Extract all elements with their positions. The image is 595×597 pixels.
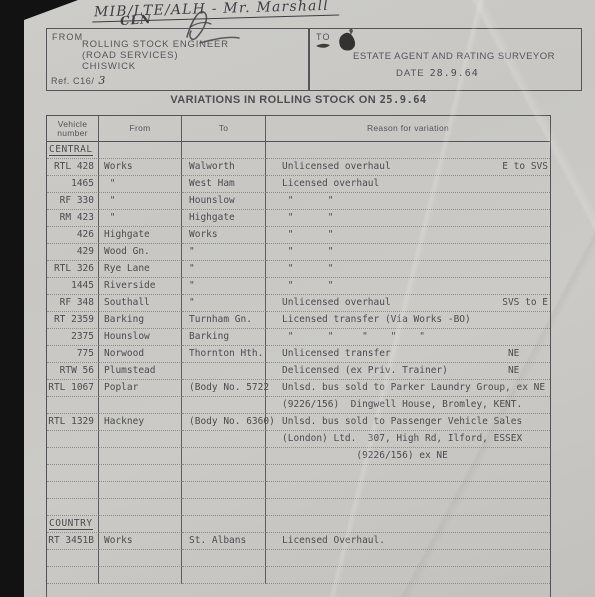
table-row: (9226/156) ex NE	[47, 448, 550, 465]
table-row: 2375 Hounslow Barking " " " " "	[47, 329, 550, 346]
reason-cell	[266, 499, 550, 516]
from-cell: Norwood	[99, 346, 182, 363]
from-cell	[99, 397, 182, 414]
reason-cell: Licensed overhaul	[266, 176, 550, 193]
sender-line-3: CHISWICK	[82, 61, 229, 72]
vehicle-number-cell: RT 2359	[47, 312, 99, 329]
reason-text: " "	[282, 193, 333, 209]
table-row: COUNTRY	[47, 516, 550, 533]
table-row: 775 Norwood Thornton Hth. Unlicensed tra…	[47, 346, 550, 363]
col-header-vehicle-number: Vehicle number	[47, 116, 99, 141]
table-row: RTL 428 Works Walworth Unlicensed overha…	[47, 159, 550, 176]
to-cell	[182, 431, 266, 448]
reason-text: Licensed overhaul	[282, 176, 379, 192]
to-cell: "	[182, 244, 266, 261]
reason-text: " "	[282, 227, 333, 243]
reason-cell: " "	[266, 210, 550, 227]
reason-text: (9226/156) ex NE	[282, 448, 448, 464]
to-cell	[182, 397, 266, 414]
table-row: (9226/156) Dingwell House, Bromley, KENT…	[47, 397, 550, 414]
reason-cell: Unlicensed overhaul SVS to E	[266, 295, 550, 312]
from-cell	[99, 431, 182, 448]
paper-sheet: MIB/LTE/ALH - Mr. Marshall CLN FROM ROLL…	[24, 0, 595, 597]
handwritten-office-mark: CLN	[120, 12, 153, 28]
reason-text: " "	[282, 210, 333, 226]
allocation-note	[548, 329, 550, 345]
to-cell	[182, 465, 266, 482]
from-cell: Rye Lane	[99, 261, 182, 278]
vehicle-number-cell	[47, 482, 99, 499]
table-header-row: Vehicle number From To Reason for variat…	[47, 116, 550, 142]
from-cell: Works	[99, 159, 182, 176]
from-cell: Barking	[99, 312, 182, 329]
reason-cell: (London) Ltd. 307, High Rd, Ilford, ESSE…	[266, 431, 550, 448]
vehicle-number-cell: CENTRAL	[47, 142, 99, 159]
to-cell: "	[182, 261, 266, 278]
to-cell: St. Albans	[182, 533, 266, 550]
to-cell	[182, 516, 266, 533]
to-cell	[182, 448, 266, 465]
reason-cell: (9226/156) ex NE	[266, 448, 550, 465]
from-cell: Hounslow	[99, 329, 182, 346]
reason-text: Unlsd. bus sold to Passenger Vehicle Sal…	[282, 414, 522, 430]
to-cell: Highgate	[182, 210, 266, 227]
reason-cell: (9226/156) Dingwell House, Bromley, KENT…	[266, 397, 550, 414]
reason-cell	[266, 482, 550, 499]
reason-cell: Licensed transfer (Via Works -BO)	[266, 312, 550, 329]
reason-text: Unlsd. bus sold to Parker Laundry Group,…	[282, 380, 545, 396]
allocation-note	[548, 567, 550, 583]
reason-cell: " " " " "	[266, 329, 550, 346]
col-header-to: To	[182, 116, 266, 141]
to-cell: Walworth	[182, 159, 266, 176]
reason-cell: " "	[266, 193, 550, 210]
reason-cell: Unlicensed transfer NE	[266, 346, 550, 363]
sender-address: ROLLING STOCK ENGINEER (ROAD SERVICES) C…	[82, 39, 229, 72]
reason-text: " "	[282, 261, 333, 277]
vehicle-number-cell: 1445	[47, 278, 99, 295]
to-cell	[182, 567, 266, 584]
header-box-divider	[308, 29, 310, 90]
page-title: VARIATIONS IN ROLLING STOCK ON 25.9.64	[46, 94, 551, 106]
to-cell	[182, 550, 266, 567]
reason-cell	[266, 465, 550, 482]
from-cell: "	[99, 176, 182, 193]
from-cell	[99, 516, 182, 533]
reason-text: (London) Ltd. 307, High Rd, Ilford, ESSE…	[282, 431, 522, 447]
date-line: DATE28.9.64	[396, 68, 479, 79]
vehicle-number-cell: RF 330	[47, 193, 99, 210]
to-cell	[182, 142, 266, 159]
reason-cell: " "	[266, 227, 550, 244]
sender-line-2: (ROAD SERVICES)	[82, 50, 229, 61]
vehicle-number-cell	[47, 448, 99, 465]
reason-cell: Delicensed (ex Priv. Trainer) NE	[266, 363, 550, 380]
vehicle-number-cell: 775	[47, 346, 99, 363]
title-label: VARIATIONS IN ROLLING STOCK ON	[170, 94, 376, 106]
allocation-note	[548, 448, 550, 464]
allocation-note	[548, 227, 550, 243]
from-cell	[99, 550, 182, 567]
to-cell: (Body No. 6360)	[182, 414, 266, 431]
sender-line-1: ROLLING STOCK ENGINEER	[82, 39, 229, 50]
table-row: (London) Ltd. 307, High Rd, Ilford, ESSE…	[47, 431, 550, 448]
section-label: CENTRAL	[49, 144, 93, 156]
vehicle-number-cell: 426	[47, 227, 99, 244]
from-cell: Wood Gn.	[99, 244, 182, 261]
to-cell: "	[182, 278, 266, 295]
vehicle-number-cell: COUNTRY	[47, 516, 99, 533]
table-row: RT 2359 Barking Turnham Gn. Licensed tra…	[47, 312, 550, 329]
col-header-from: From	[99, 116, 182, 141]
table-row: RM 423 " Highgate " "	[47, 210, 550, 227]
table-row	[47, 550, 550, 567]
allocation-note	[548, 261, 550, 277]
vehicle-number-cell: 1465	[47, 176, 99, 193]
allocation-note	[548, 516, 550, 532]
vehicle-number-cell: RT 3451B	[47, 533, 99, 550]
from-cell: "	[99, 193, 182, 210]
to-cell: Thornton Hth.	[182, 346, 266, 363]
vehicle-number-cell: RTL 428	[47, 159, 99, 176]
allocation-note	[548, 210, 550, 226]
allocation-note	[548, 142, 550, 158]
to-label: TO	[316, 32, 331, 42]
table-row	[47, 482, 550, 499]
reason-text: (9226/156) Dingwell House, Bromley, KENT…	[282, 397, 522, 413]
table-row: RT 3451B Works St. Albans Licensed Overh…	[47, 533, 550, 550]
to-cell: (Body No. 5722	[182, 380, 266, 397]
table-row: RF 330 " Hounslow " "	[47, 193, 550, 210]
allocation-note	[548, 550, 550, 566]
allocation-note	[548, 176, 550, 192]
reason-cell: Unlicensed overhaul E to SVS	[266, 159, 550, 176]
table-row: RTL 326 Rye Lane " " "	[47, 261, 550, 278]
to-cell: Works	[182, 227, 266, 244]
allocation-note	[548, 312, 550, 328]
table-row: RTL 1067 Poplar (Body No. 5722 Unlsd. bu…	[47, 380, 550, 397]
date-label: DATE	[396, 68, 425, 79]
table-row	[47, 567, 550, 584]
from-cell	[99, 482, 182, 499]
vehicle-number-cell: RTL 1329	[47, 414, 99, 431]
table-row	[47, 465, 550, 482]
from-cell	[99, 499, 182, 516]
from-cell: Poplar	[99, 380, 182, 397]
from-cell	[99, 448, 182, 465]
vehicle-number-cell	[47, 550, 99, 567]
variations-table: Vehicle number From To Reason for variat…	[46, 115, 551, 597]
to-cell: Hounslow	[182, 193, 266, 210]
allocation-note	[548, 193, 550, 209]
from-cell	[99, 142, 182, 159]
to-cell: Barking	[182, 329, 266, 346]
allocation-note	[548, 397, 550, 413]
ref-label: Ref. C16/	[51, 76, 94, 86]
allocation-note	[548, 431, 550, 447]
vehicle-number-cell	[47, 431, 99, 448]
reason-cell	[266, 567, 550, 584]
vehicle-number-cell	[47, 567, 99, 584]
from-cell: Plumstead	[99, 363, 182, 380]
allocation-note	[548, 499, 550, 515]
reason-cell: Unlsd. bus sold to Passenger Vehicle Sal…	[266, 414, 550, 431]
allocation-note	[548, 244, 550, 260]
reason-text: Delicensed (ex Priv. Trainer)	[282, 363, 448, 379]
table-row	[47, 499, 550, 516]
table-row: 426 Highgate Works " "	[47, 227, 550, 244]
vehicle-number-cell: RTL 326	[47, 261, 99, 278]
vehicle-number-cell	[47, 499, 99, 516]
reason-cell	[266, 142, 550, 159]
allocation-note: NE	[508, 363, 550, 379]
from-cell: Highgate	[99, 227, 182, 244]
table-row: RTL 1329 Hackney (Body No. 6360) Unlsd. …	[47, 414, 550, 431]
allocation-note: E to SVS	[502, 159, 550, 175]
vehicle-number-cell	[47, 465, 99, 482]
vehicle-number-cell: RTW 56	[47, 363, 99, 380]
from-cell	[99, 465, 182, 482]
title-date: 25.9.64	[380, 94, 427, 106]
allocation-note	[548, 465, 550, 481]
to-cell	[182, 363, 266, 380]
reason-cell: " "	[266, 244, 550, 261]
reason-text: Unlicensed overhaul	[282, 159, 391, 175]
vehicle-number-cell	[47, 397, 99, 414]
from-cell: "	[99, 210, 182, 227]
allocation-note	[548, 278, 550, 294]
allocation-note	[548, 533, 550, 549]
table-row: 429 Wood Gn. " " "	[47, 244, 550, 261]
reason-text: Licensed transfer (Via Works -BO)	[282, 312, 471, 328]
from-cell	[99, 567, 182, 584]
recipient-name: ESTATE AGENT AND RATING SURVEYOR	[353, 51, 555, 62]
reason-text: Unlicensed overhaul	[282, 295, 391, 311]
vehicle-number-cell: RTL 1067	[47, 380, 99, 397]
table-row: 1465 " West Ham Licensed overhaul	[47, 176, 550, 193]
allocation-note	[548, 482, 550, 498]
to-cell: Turnham Gn.	[182, 312, 266, 329]
reason-cell: " "	[266, 278, 550, 295]
allocation-note: SVS to E	[502, 295, 550, 311]
ref-value-handwritten: 3	[98, 74, 106, 87]
allocation-note: NE	[508, 346, 550, 362]
date-value: 28.9.64	[430, 68, 479, 79]
table-body: CENTRAL RTL 428 Works Walworth Unlicense…	[47, 142, 550, 584]
table-row: 1445 Riverside " " "	[47, 278, 550, 295]
from-cell: Works	[99, 533, 182, 550]
reason-text: " "	[282, 244, 333, 260]
reason-cell: " "	[266, 261, 550, 278]
section-label: COUNTRY	[49, 518, 93, 530]
from-cell: Hackney	[99, 414, 182, 431]
to-cell: "	[182, 295, 266, 312]
reason-text: " " " " "	[282, 329, 425, 345]
reason-text: " "	[282, 278, 333, 294]
reason-text: Unlicensed transfer	[282, 346, 391, 362]
reason-cell: Unlsd. bus sold to Parker Laundry Group,…	[266, 380, 550, 397]
to-cell: West Ham	[182, 176, 266, 193]
table-row: RF 348 Southall " Unlicensed overhaul SV…	[47, 295, 550, 312]
reason-cell	[266, 516, 550, 533]
table-row: RTW 56 Plumstead Delicensed (ex Priv. Tr…	[47, 363, 550, 380]
scanned-memo-page: MIB/LTE/ALH - Mr. Marshall CLN FROM ROLL…	[0, 0, 595, 597]
from-cell: Southall	[99, 295, 182, 312]
col-header-reason: Reason for variation	[266, 116, 550, 141]
from-cell: Riverside	[99, 278, 182, 295]
vehicle-number-cell: RF 348	[47, 295, 99, 312]
reason-cell	[266, 550, 550, 567]
reason-text: Licensed Overhaul.	[282, 533, 385, 549]
allocation-note	[548, 380, 550, 396]
to-cell	[182, 482, 266, 499]
reason-cell: Licensed Overhaul.	[266, 533, 550, 550]
vehicle-number-cell: 2375	[47, 329, 99, 346]
table-row: CENTRAL	[47, 142, 550, 159]
allocation-note	[548, 414, 550, 430]
vehicle-number-cell: RM 423	[47, 210, 99, 227]
from-label: FROM	[52, 32, 83, 42]
to-cell	[182, 499, 266, 516]
vehicle-number-cell: 429	[47, 244, 99, 261]
